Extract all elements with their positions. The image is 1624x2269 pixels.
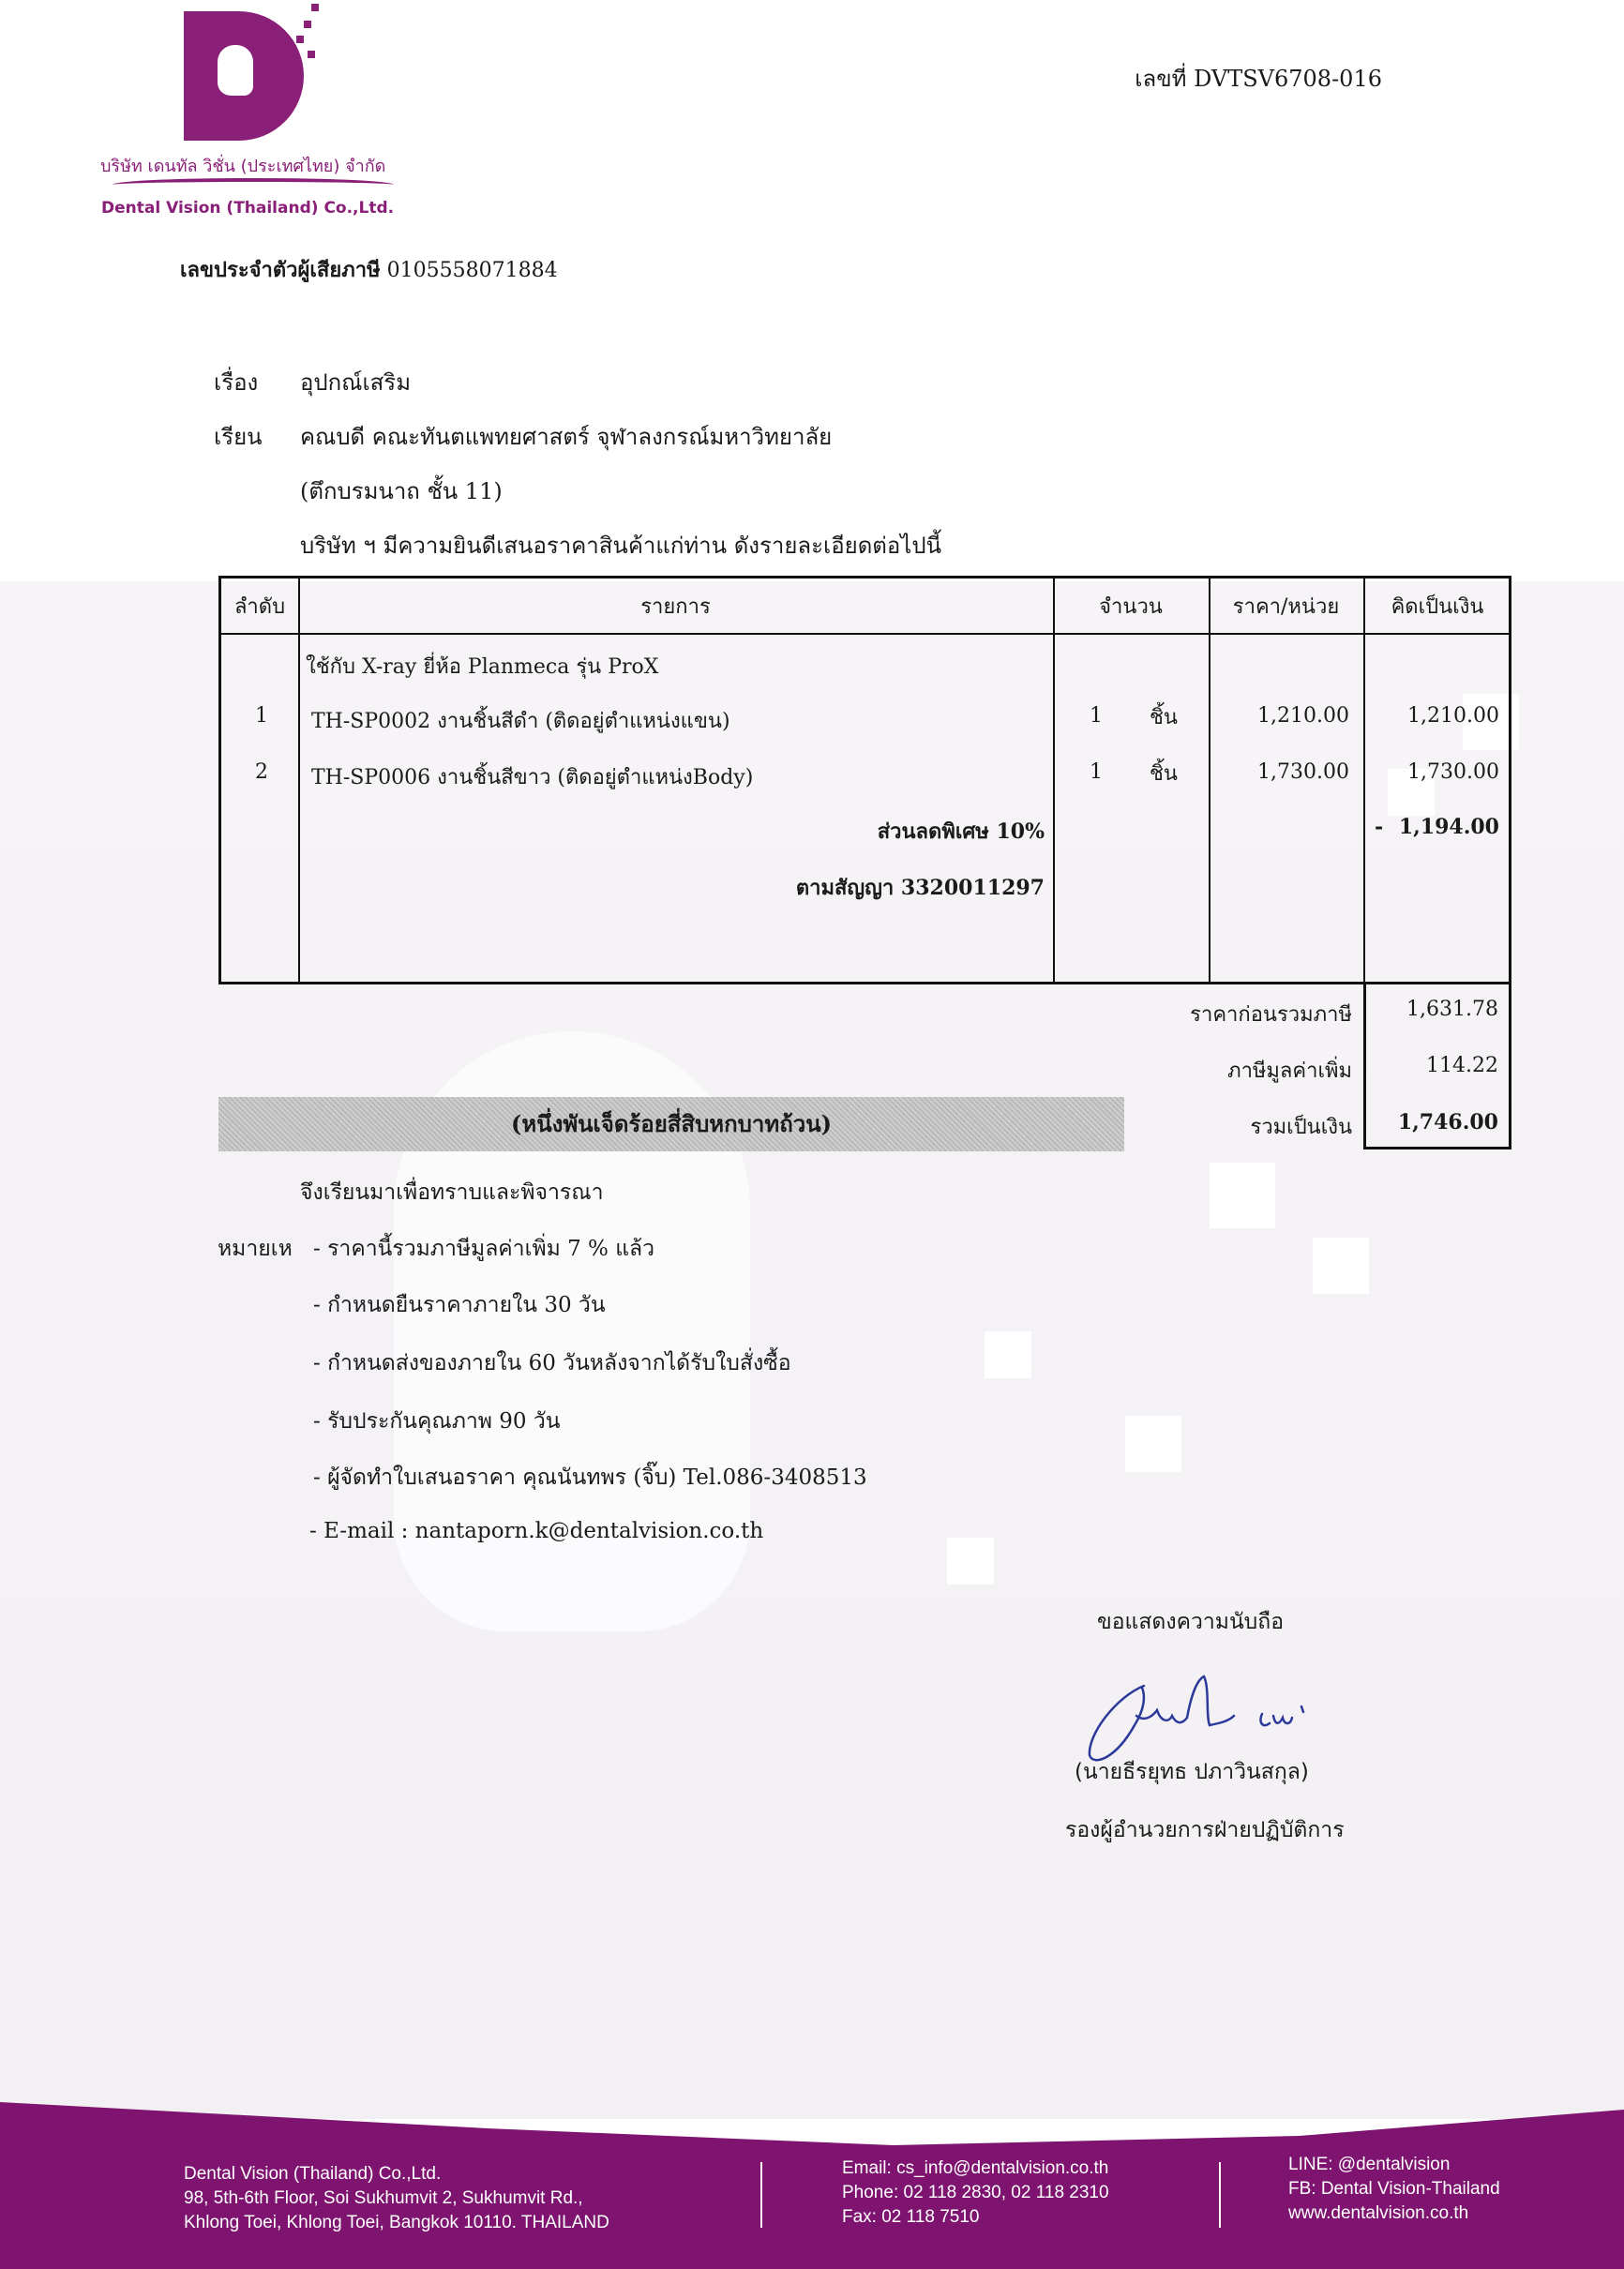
doc-number-value: DVTSV6708-016	[1194, 66, 1382, 92]
logo-pixel	[266, 99, 274, 107]
contract-label: ตามสัญญา 3320011297	[796, 871, 1045, 904]
footer-contact: Email: cs_info@dentalvision.co.th Phone:…	[842, 2156, 1109, 2230]
signatory-name: (นายธีรยุทธ ปภาวินสกุล)	[1075, 1755, 1309, 1789]
company-name-en: Dental Vision (Thailand) Co.,Ltd.	[101, 199, 394, 218]
regards-text: ขอแสดงความนับถือ	[1097, 1605, 1284, 1639]
logo-pixel	[270, 66, 278, 73]
header-amount: คิดเป็นเงิน	[1363, 590, 1511, 623]
row-no: 2	[255, 760, 268, 784]
column-divider	[1053, 579, 1055, 982]
footer-facebook: FB: Dental Vision-Thailand	[1288, 2177, 1500, 2201]
company-name-th: บริษัท เดนทัล วิชั่น (ประเทศไทย) จำกัด	[100, 152, 385, 179]
row-unit-price: 1,210.00	[1257, 704, 1349, 728]
row-unit-price: 1,730.00	[1257, 760, 1349, 784]
row-amount: 1,730.00	[1407, 760, 1499, 784]
tax-id: เลขประจำตัวผู้เสียภาษี 0105558071884	[180, 253, 558, 286]
group-title: ใช้กับ X-ray ยี่ห้อ Planmeca รุ่น ProX	[306, 650, 658, 683]
doc-number-label: เลขที่	[1135, 66, 1186, 92]
header-unit-price: ราคา/หน่วย	[1209, 590, 1363, 623]
tax-id-value: 0105558071884	[387, 259, 558, 282]
remark-item: - กำหนดยืนราคาภายใน 30 วัน	[313, 1288, 606, 1322]
tax-id-label: เลขประจำตัวผู้เสียภาษี	[180, 258, 381, 282]
row-qty: 1	[1090, 704, 1103, 728]
row-item: TH-SP0002 งานชิ้นสีดำ (ติดอยู่ตำแหน่งแขน…	[311, 704, 730, 737]
footer-line-id: LINE: @dentalvision	[1288, 2153, 1500, 2177]
header-item: รายการ	[298, 590, 1053, 623]
footer-divider	[1219, 2162, 1221, 2228]
discount-sign: -	[1375, 815, 1383, 839]
watermark-square	[947, 1538, 994, 1585]
footer-address-line: 98, 5th-6th Floor, Soi Sukhumvit 2, Sukh…	[184, 2186, 609, 2211]
remarks-label: หมายเห	[218, 1232, 293, 1266]
total-label: รวมเป็นเงิน	[1251, 1110, 1353, 1143]
remark-item: - กำหนดส่งของภายใน 60 วันหลังจากได้รับใบ…	[313, 1346, 791, 1380]
amount-in-words: (หนึ่งพันเจ็ดร้อยสี่สิบหกบาทถ้วน)	[218, 1097, 1124, 1151]
row-item: TH-SP0006 งานชิ้นสีขาว (ติดอยู่ตำแหน่งBo…	[311, 760, 753, 793]
footer-website[interactable]: www.dentalvision.co.th	[1288, 2201, 1500, 2226]
column-divider	[298, 579, 300, 982]
subtotal-value: 1,631.78	[1406, 998, 1498, 1021]
remark-item: - E-mail : nantaporn.k@dentalvision.co.t…	[309, 1519, 763, 1543]
logo-pixel	[296, 36, 304, 43]
to-location: (ตึกบรมนาถ ชั้น 11)	[300, 473, 503, 509]
total-value: 1,746.00	[1398, 1110, 1498, 1134]
document-number: เลขที่ DVTSV6708-016	[1135, 60, 1382, 97]
watermark-square	[985, 1331, 1031, 1378]
to-value: คณบดี คณะทันตแพทยศาสตร์ จุฬาลงกรณ์มหาวิท…	[300, 418, 832, 455]
footer-email[interactable]: Email: cs_info@dentalvision.co.th	[842, 2156, 1109, 2181]
footer-social: LINE: @dentalvision FB: Dental Vision-Th…	[1288, 2153, 1500, 2226]
footer-address: Dental Vision (Thailand) Co.,Ltd. 98, 5t…	[184, 2162, 609, 2235]
signatory-position: รองผู้อำนวยการฝ่ายปฏิบัติการ	[1065, 1813, 1345, 1847]
watermark-square	[1125, 1416, 1181, 1472]
remark-item: - ผู้จัดทำใบเสนอราคา คุณนันทพร (จิ๊บ) Te…	[313, 1461, 867, 1495]
row-qty: 1	[1090, 760, 1103, 784]
subject-value: อุปกณ์เสริม	[300, 364, 411, 400]
footer-address-line: Khlong Toei, Khlong Toei, Bangkok 10110.…	[184, 2211, 609, 2235]
logo-swoosh	[113, 178, 394, 191]
logo-pixel	[311, 4, 319, 11]
header-divider	[221, 633, 1509, 635]
to-label: เรียน	[214, 418, 263, 455]
discount-amount: 1,194.00	[1399, 815, 1499, 839]
logo-pixel	[279, 84, 287, 92]
logo-pixel	[308, 51, 315, 58]
tooth-icon	[218, 45, 253, 96]
remark-item: - รับประกันคุณภาพ 90 วัน	[313, 1405, 560, 1438]
discount-label: ส่วนลดพิเศษ 10%	[878, 815, 1045, 848]
column-divider	[1209, 579, 1210, 982]
footer-phone: Phone: 02 118 2830, 02 118 2310	[842, 2181, 1109, 2205]
footer-divider	[760, 2162, 762, 2228]
remark-item: - ราคานี้รวมภาษีมูลค่าเพิ่ม 7 % แล้ว	[313, 1232, 654, 1266]
subject-label: เรื่อง	[214, 364, 258, 400]
vat-label: ภาษีมูลค่าเพิ่ม	[1227, 1054, 1352, 1087]
vat-value: 114.22	[1426, 1054, 1498, 1077]
header-no: ลำดับ	[221, 590, 298, 623]
row-amount: 1,210.00	[1407, 704, 1499, 728]
watermark-square	[1210, 1163, 1275, 1228]
closing-text: จึงเรียนมาเพื่อทราบและพิจารณา	[300, 1176, 604, 1210]
logo-pixel	[304, 21, 311, 28]
row-unit: ชิ้น	[1150, 700, 1178, 733]
row-unit: ชิ้น	[1150, 757, 1178, 789]
column-divider	[1363, 579, 1365, 982]
footer-company-name: Dental Vision (Thailand) Co.,Ltd.	[184, 2162, 609, 2186]
row-no: 1	[255, 704, 268, 728]
quotation-table: ลำดับ รายการ จำนวน ราคา/หน่วย คิดเป็นเงิ…	[218, 576, 1511, 984]
logo-pixel	[281, 47, 289, 54]
header-qty: จำนวน	[1053, 590, 1209, 623]
intro-text: บริษัท ฯ มีความยินดีเสนอราคาสินค้าแก่ท่า…	[300, 527, 941, 563]
subtotal-label: ราคาก่อนรวมภาษี	[1190, 998, 1352, 1030]
footer-fax: Fax: 02 118 7510	[842, 2205, 1109, 2230]
watermark-square	[1313, 1238, 1369, 1294]
